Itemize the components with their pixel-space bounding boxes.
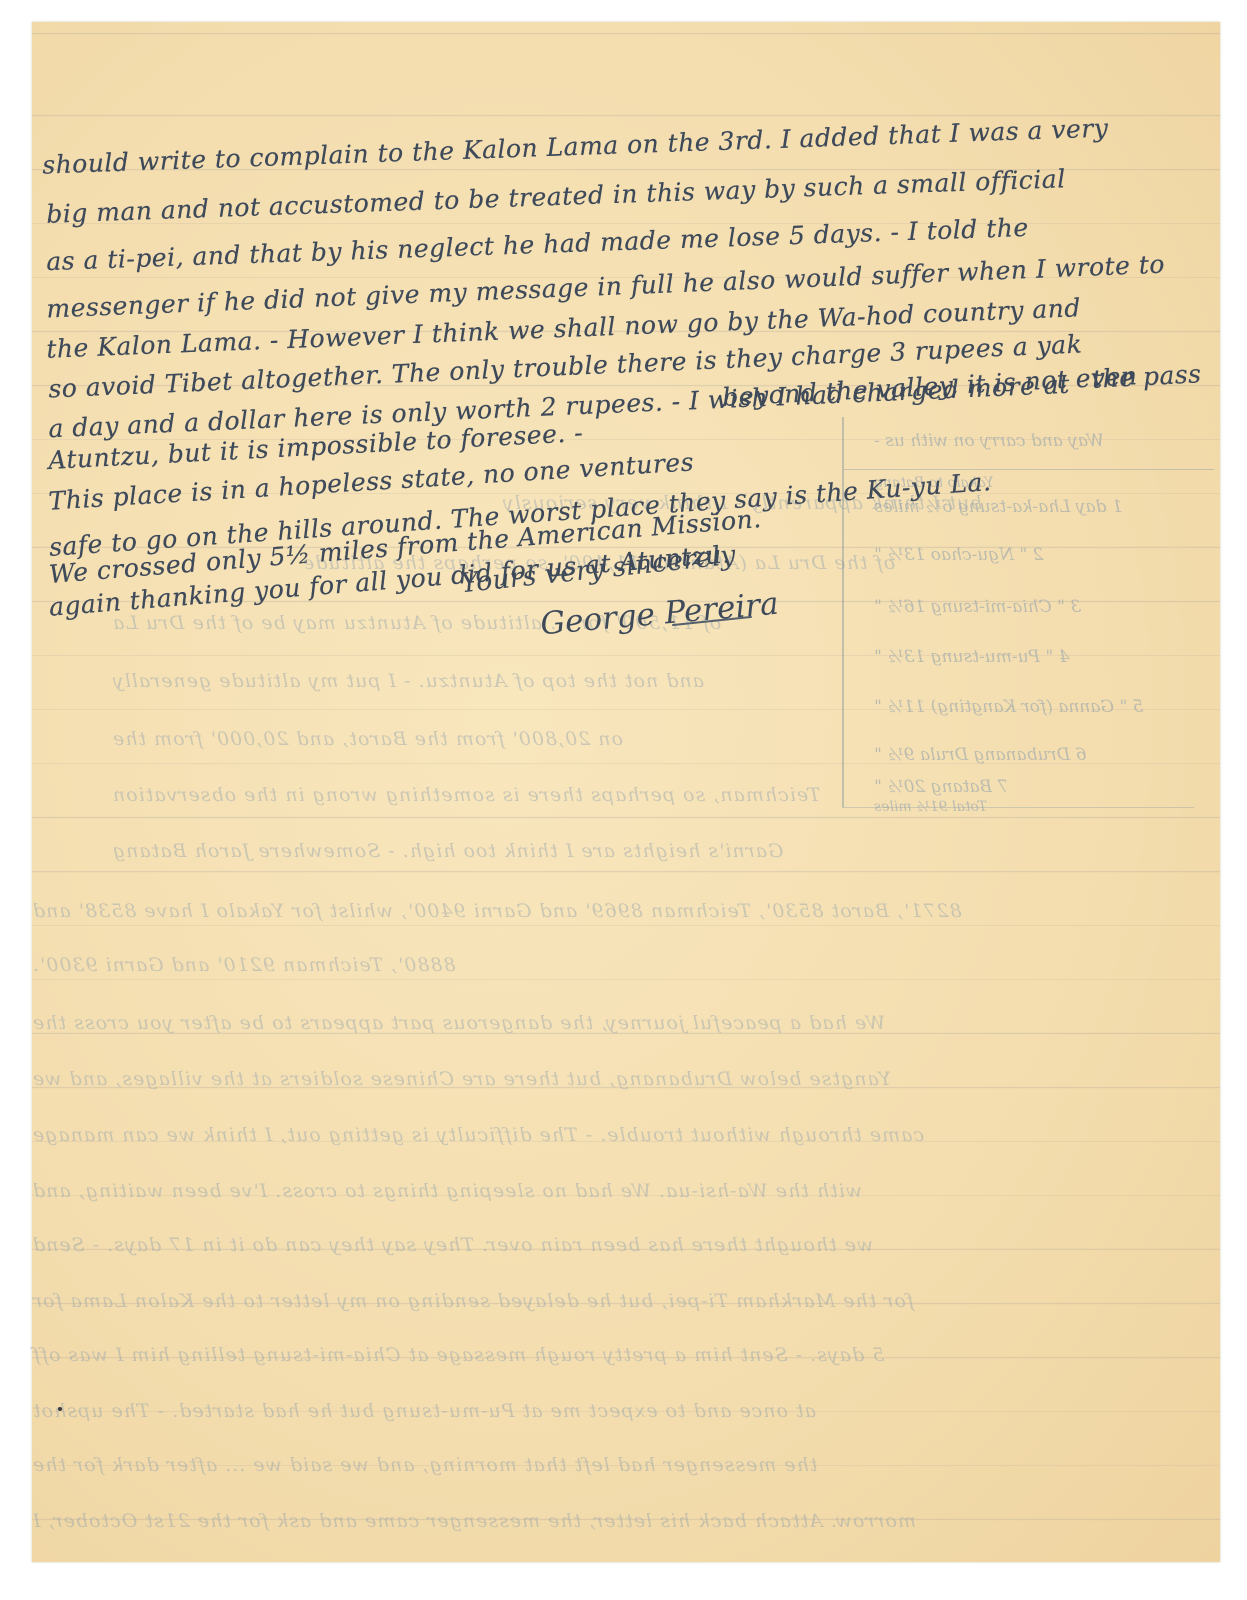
itinerary-row: 6 Drubanang Drula 9½ " <box>874 745 1184 765</box>
itinerary-row: 3 " Chia-mi-tsung 16½ " <box>874 597 1184 617</box>
bleed-through-line: Teichman, so perhaps there is something … <box>112 784 820 806</box>
ink-speck <box>58 1407 62 1411</box>
itinerary-row: 2 " Ngu-chao 13½ " <box>874 545 1184 565</box>
itinerary-row: 7 Batang 20½ " <box>874 777 1184 797</box>
bleed-through-line: for the Markham Ti-pei, but he delayed s… <box>32 1290 914 1312</box>
bleed-through-line: 8271', Barot 8530', Teichman 8969' and G… <box>32 900 962 922</box>
itinerary-row: 4 " Pu-mu-tsung 13½ " <box>874 647 1184 667</box>
letter-line: the pass <box>1091 359 1202 394</box>
itinerary-divider <box>844 469 1214 470</box>
bleed-through-line: 8880', Teichman 9210' and Garni 9300'. <box>32 954 456 976</box>
itinerary-total: Total 91½ miles <box>874 799 1184 815</box>
bleed-through-line: with the Wa-hsi-ua. We had no sleeping t… <box>32 1180 862 1202</box>
bleed-through-line: we thought there has been rain over. The… <box>32 1234 873 1256</box>
bleed-through-line: the messenger had left that morning, and… <box>32 1454 818 1476</box>
letter-page: but I think apparently - I think very se… <box>32 22 1220 1562</box>
bleed-through-line: Yangtse below Drubanang, but there are C… <box>32 1068 891 1090</box>
bleed-through-line: We had a peaceful journey, the dangerous… <box>32 1012 885 1034</box>
bleed-through-line: came through without trouble. - The diff… <box>32 1124 924 1146</box>
bleed-through-line: morrow. Attach back his letter, the mess… <box>32 1510 916 1532</box>
bleed-through-line: on 20,800' from the Barot, and 20,000' f… <box>112 728 623 750</box>
bleed-through-line: and not the top of Atuntzu. - I put my a… <box>112 670 704 692</box>
bleed-through-line: 5 days. - Sent him a pretty rough messag… <box>32 1344 884 1366</box>
itinerary-row: 5 " Ganna (for Kangting) 11½ " <box>874 697 1184 717</box>
itinerary-heading: Way and carry on with us - <box>874 431 1184 451</box>
bleed-through-line: Garni's heights are I think too high. - … <box>112 840 783 862</box>
bleed-through-line: at once and to expect me at Pu-mu-tsung … <box>32 1400 816 1422</box>
